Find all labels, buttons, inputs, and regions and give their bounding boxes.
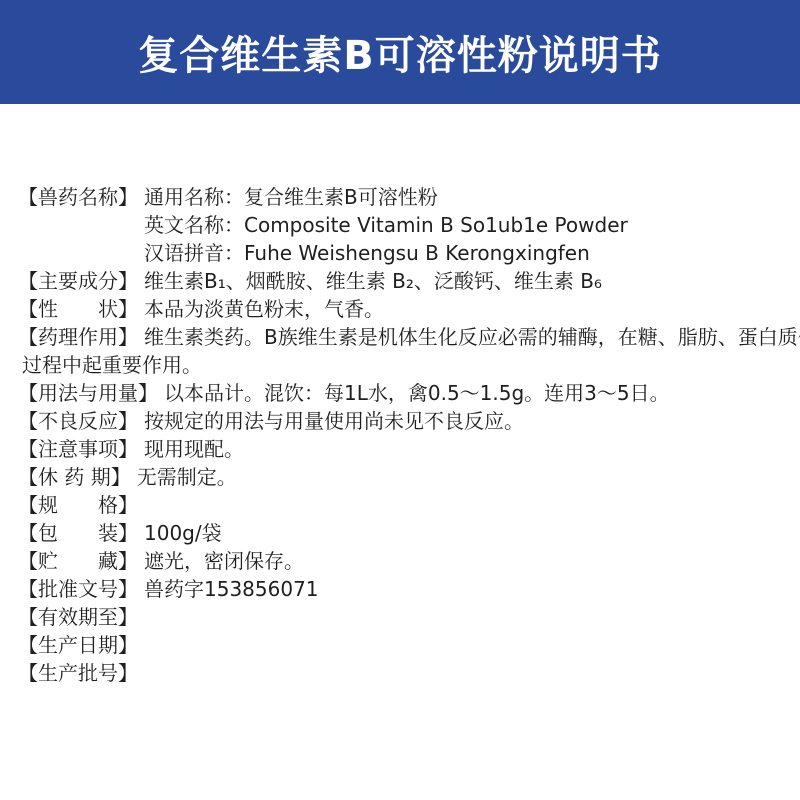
- field-label: 【不良反应】: [18, 407, 138, 435]
- sub-field-key: 汉语拼音：: [144, 241, 244, 265]
- field-row: 【主要成分】维生素B₁、烟酰胺、维生素 B₂、泛酸钙、维生素 B₆: [18, 267, 784, 295]
- instruction-leaflet: 复合维生素B可溶性粉说明书 【兽药名称】通用名称：复合维生素B可溶性粉英文名称：…: [0, 0, 800, 800]
- field-value: 兽药字153856071: [144, 575, 319, 603]
- sub-field-line: 英文名称：Composite Vitamin B So1ub1e Powder: [144, 211, 784, 239]
- field-label: 【主要成分】: [18, 267, 138, 295]
- field-label: 【批准文号】: [18, 575, 138, 603]
- field-value: 遮光，密闭保存。: [144, 547, 304, 575]
- sub-field-value: Fuhe Weishengsu B Kerongxingfen: [244, 241, 590, 265]
- field-row: 【批准文号】兽药字153856071: [18, 575, 784, 603]
- field-row: 【用法与用量】以本品计。混饮：每1L水，禽0.5～1.5g。连用3～5日。: [18, 379, 784, 407]
- field-row: 【性 状】本品为淡黄色粉末，气香。: [18, 295, 784, 323]
- field-label: 【包 装】: [18, 519, 138, 547]
- page-title: 复合维生素B可溶性粉说明书: [138, 24, 662, 81]
- field-row: 【生产批号】: [18, 659, 784, 687]
- field-value: 现用现配。: [144, 435, 244, 463]
- field-label: 【规 格】: [18, 491, 138, 519]
- sub-field-value: Composite Vitamin B So1ub1e Powder: [244, 213, 628, 237]
- field-label: 【生产日期】: [18, 631, 138, 659]
- field-row: 【兽药名称】通用名称：复合维生素B可溶性粉英文名称：Composite Vita…: [18, 183, 784, 267]
- field-value: 按规定的用法与用量使用尚未见不良反应。: [144, 407, 524, 435]
- field-value: 本品为淡黄色粉末，气香。: [144, 295, 384, 323]
- field-row: 【生产日期】: [18, 631, 784, 659]
- field-row: 【贮 藏】遮光，密闭保存。: [18, 547, 784, 575]
- field-text: 维生素类药。B族维生素是机体生化反应必需的辅酶，在糖、脂肪、蛋白质代谢: [144, 325, 800, 349]
- leaflet-body: 【兽药名称】通用名称：复合维生素B可溶性粉英文名称：Composite Vita…: [0, 104, 800, 687]
- field-row: 【注意事项】现用现配。: [18, 435, 784, 463]
- sub-field-line: 通用名称：复合维生素B可溶性粉: [144, 183, 784, 211]
- field-line-first: 【药理作用】维生素类药。B族维生素是机体生化反应必需的辅酶，在糖、脂肪、蛋白质代…: [18, 323, 784, 351]
- field-row: 【规 格】: [18, 491, 784, 519]
- field-subcolumn: 通用名称：复合维生素B可溶性粉英文名称：Composite Vitamin B …: [144, 183, 784, 267]
- field-value: 维生素B₁、烟酰胺、维生素 B₂、泛酸钙、维生素 B₆: [144, 267, 602, 295]
- field-label: 【有效期至】: [18, 603, 138, 631]
- sub-field-line: 汉语拼音：Fuhe Weishengsu B Kerongxingfen: [144, 239, 784, 267]
- field-value: 100g/袋: [144, 519, 222, 547]
- field-row: 【药理作用】维生素类药。B族维生素是机体生化反应必需的辅酶，在糖、脂肪、蛋白质代…: [18, 323, 784, 379]
- field-text-continuation: 过程中起重要作用。: [18, 351, 784, 379]
- field-label: 【性 状】: [18, 295, 138, 323]
- field-label: 【用法与用量】: [18, 379, 158, 407]
- field-label: 【注意事项】: [18, 435, 138, 463]
- field-label: 【药理作用】: [18, 325, 138, 349]
- field-value: 无需制定。: [137, 463, 237, 491]
- field-label: 【休 药 期】: [18, 463, 131, 491]
- sub-field-key: 英文名称：: [144, 213, 244, 237]
- field-label: 【贮 藏】: [18, 547, 138, 575]
- sub-field-value: 复合维生素B可溶性粉: [244, 185, 438, 209]
- field-row: 【包 装】100g/袋: [18, 519, 784, 547]
- field-label: 【兽药名称】: [18, 183, 138, 211]
- field-value: 以本品计。混饮：每1L水，禽0.5～1.5g。连用3～5日。: [164, 379, 670, 407]
- field-row: 【有效期至】: [18, 603, 784, 631]
- field-row: 【不良反应】按规定的用法与用量使用尚未见不良反应。: [18, 407, 784, 435]
- sub-field-key: 通用名称：: [144, 185, 244, 209]
- header-banner: 复合维生素B可溶性粉说明书: [0, 0, 800, 104]
- field-row: 【休 药 期】无需制定。: [18, 463, 784, 491]
- field-label: 【生产批号】: [18, 659, 138, 687]
